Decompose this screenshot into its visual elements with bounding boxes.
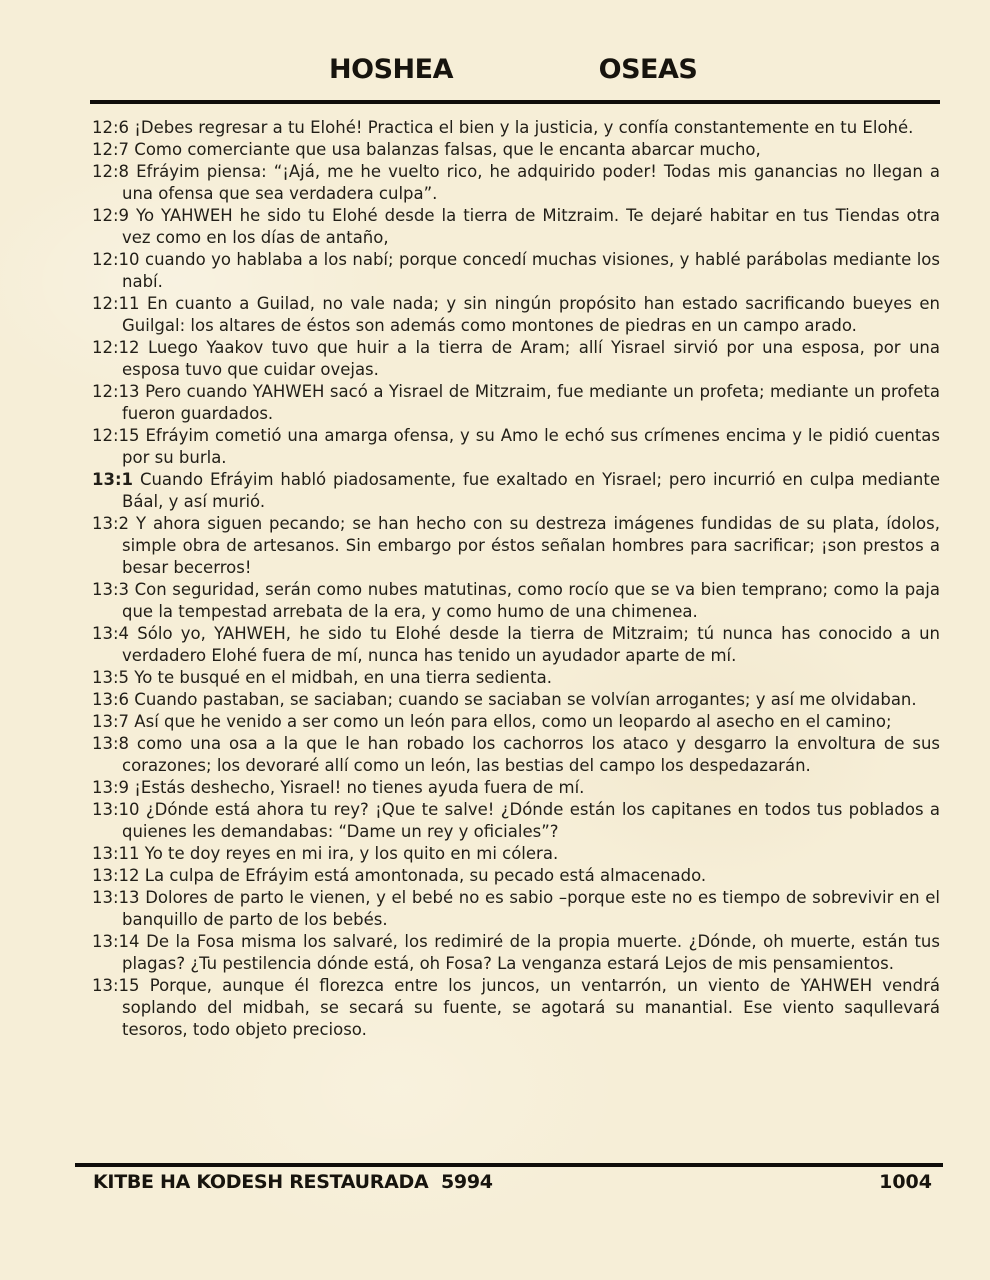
verse-number: 12:10 [92, 250, 140, 269]
verse-paragraph: 12:7 Como comerciante que usa balanzas f… [92, 139, 940, 161]
verse-number: 13:9 [92, 778, 129, 797]
verse-paragraph: 13:13 Dolores de parto le vienen, y el b… [92, 887, 940, 931]
verse-paragraph: 13:4 Sólo yo, YAHWEH, he sido tu Elohé d… [92, 623, 940, 667]
verse-number: 13:6 [92, 690, 129, 709]
verse-number: 13:7 [92, 712, 129, 731]
verse-paragraph: 13:7 Así que he venido a ser como un leó… [92, 711, 940, 733]
verse-text: Porque, aunque él florezca entre los jun… [122, 976, 940, 1039]
footer-rule [75, 1163, 943, 1167]
verse-paragraph: 13:3 Con seguridad, serán como nubes mat… [92, 579, 940, 623]
verse-number: 13:14 [92, 932, 140, 951]
verse-text: Yo YAHWEH he sido tu Elohé desde la tier… [122, 206, 940, 247]
verse-paragraph: 13:5 Yo te busqué en el midbah, en una t… [92, 667, 940, 689]
verse-text: La culpa de Efráyim está amontonada, su … [140, 866, 707, 885]
verse-number: 12:9 [92, 206, 129, 225]
verse-text: Pero cuando YAHWEH sacó a Yisrael de Mit… [122, 382, 940, 423]
verse-text: cuando yo hablaba a los nabí; porque con… [122, 250, 940, 291]
verse-paragraph: 13:11 Yo te doy reyes en mi ira, y los q… [92, 843, 940, 865]
verse-number: 13:13 [92, 888, 140, 907]
verse-paragraph: 13:1 Cuando Efráyim habló piadosamente, … [92, 469, 940, 513]
document-page: HOSHEA OSEAS 12:6 ¡Debes regresar a tu E… [0, 0, 990, 1280]
verse-number: 13:15 [92, 976, 140, 995]
verse-text: Cuando Efráyim habló piadosamente, fue e… [122, 470, 940, 511]
verse-paragraph: 13:10 ¿Dónde está ahora tu rey? ¡Que te … [92, 799, 940, 843]
verse-text: Así que he venido a ser como un león par… [129, 712, 891, 731]
verse-paragraph: 12:11 En cuanto a Guilad, no vale nada; … [92, 293, 940, 337]
verse-list: 12:6 ¡Debes regresar a tu Elohé! Practic… [92, 117, 940, 1157]
verse-number: 13:5 [92, 668, 129, 687]
verse-text: Dolores de parto le vienen, y el bebé no… [122, 888, 940, 929]
verse-paragraph: 12:6 ¡Debes regresar a tu Elohé! Practic… [92, 117, 940, 139]
verse-paragraph: 12:8 Efráyim piensa: “¡Ajá, me he vuelto… [92, 161, 940, 205]
verse-text: Efráyim piensa: “¡Ajá, me he vuelto rico… [122, 162, 940, 203]
verse-text: Yo te doy reyes en mi ira, y los quito e… [140, 844, 559, 863]
verse-number: 13:11 [92, 844, 140, 863]
verse-text: Y ahora siguen pecando; se han hecho con… [122, 514, 940, 577]
verse-number: 13:2 [92, 514, 129, 533]
verse-paragraph: 12:13 Pero cuando YAHWEH sacó a Yisrael … [92, 381, 940, 425]
verse-number: 13:8 [92, 734, 129, 753]
verse-text: De la Fosa misma los salvaré, los redimi… [122, 932, 940, 973]
verse-text: Cuando pastaban, se saciaban; cuando se … [129, 690, 917, 709]
verse-number: 12:13 [92, 382, 140, 401]
verse-paragraph: 13:9 ¡Estás deshecho, Yisrael! no tienes… [92, 777, 940, 799]
verse-number: 13:4 [92, 624, 129, 643]
verse-text: Yo te busqué en el midbah, en una tierra… [129, 668, 552, 687]
verse-paragraph: 13:6 Cuando pastaban, se saciaban; cuand… [92, 689, 940, 711]
verse-number: 12:6 [92, 118, 129, 137]
verse-paragraph: 12:9 Yo YAHWEH he sido tu Elohé desde la… [92, 205, 940, 249]
verse-text: En cuanto a Guilad, no vale nada; y sin … [122, 294, 940, 335]
verse-number: 13:1 [92, 470, 133, 489]
verse-text: ¡Estás deshecho, Yisrael! no tienes ayud… [129, 778, 584, 797]
verse-text: Efráyim cometió una amarga ofensa, y su … [122, 426, 940, 467]
verse-text: Luego Yaakov tuvo que huir a la tierra d… [122, 338, 940, 379]
verse-text: ¡Debes regresar a tu Elohé! Practica el … [129, 118, 913, 137]
verse-paragraph: 12:12 Luego Yaakov tuvo que huir a la ti… [92, 337, 940, 381]
verse-number: 12:11 [92, 294, 140, 313]
verse-paragraph: 13:8 como una osa a la que le han robado… [92, 733, 940, 777]
verse-number: 12:15 [92, 426, 140, 445]
verse-paragraph: 13:12 La culpa de Efráyim está amontonad… [92, 865, 940, 887]
verse-paragraph: 13:14 De la Fosa misma los salvaré, los … [92, 931, 940, 975]
header-rule [90, 100, 940, 104]
verse-number: 12:12 [92, 338, 140, 357]
verse-number: 13:12 [92, 866, 140, 885]
verse-paragraph: 13:2 Y ahora siguen pecando; se han hech… [92, 513, 940, 579]
header-title-oseas: OSEAS [599, 54, 698, 85]
verse-paragraph: 13:15 Porque, aunque él florezca entre l… [92, 975, 940, 1041]
verse-number: 13:3 [92, 580, 129, 599]
header-title-hoshea: HOSHEA [329, 54, 453, 85]
footer-book-title: KITBE HA KODESH RESTAURADA 5994 [93, 1171, 493, 1193]
verse-text: como una osa a la que le han robado los … [122, 734, 940, 775]
footer-page-number: 1004 [879, 1171, 932, 1193]
verse-text: ¿Dónde está ahora tu rey? ¡Que te salve!… [122, 800, 940, 841]
verse-number: 13:10 [92, 800, 140, 819]
verse-text: Con seguridad, serán como nubes matutina… [122, 580, 940, 621]
verse-number: 12:8 [92, 162, 129, 181]
verse-text: Como comerciante que usa balanzas falsas… [129, 140, 761, 159]
verse-text: Sólo yo, YAHWEH, he sido tu Elohé desde … [122, 624, 940, 665]
verse-paragraph: 12:15 Efráyim cometió una amarga ofensa,… [92, 425, 940, 469]
verse-paragraph: 12:10 cuando yo hablaba a los nabí; porq… [92, 249, 940, 293]
verse-number: 12:7 [92, 140, 129, 159]
